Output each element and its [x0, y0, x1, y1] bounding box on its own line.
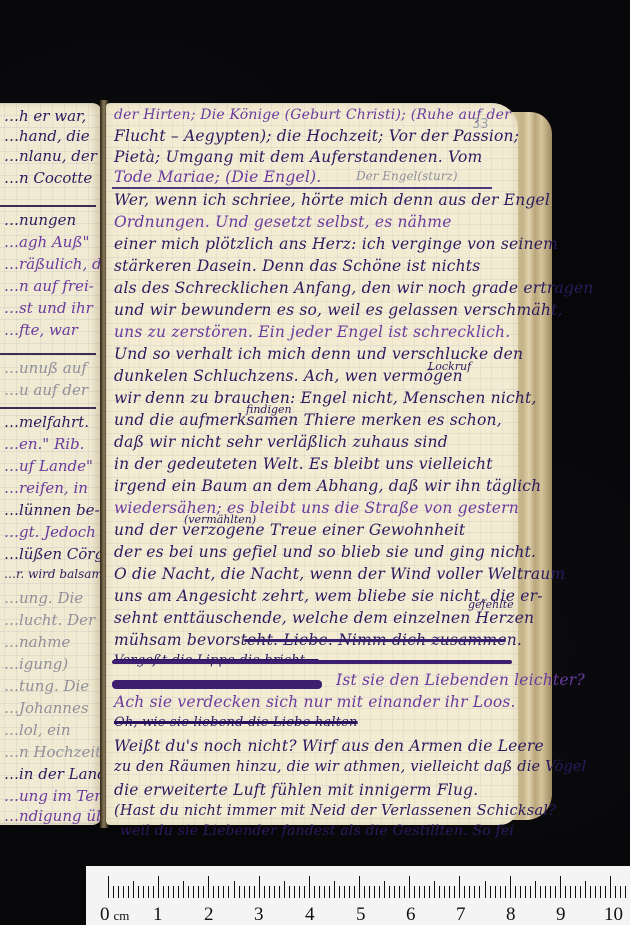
ruler-tick [254, 886, 255, 898]
body-line: (Hast du nicht immer mit Neid der Verlas… [114, 803, 556, 819]
ruler-tick [178, 886, 179, 898]
header-line: Flucht – Aegypten); die Hochzeit; Vor de… [114, 127, 519, 145]
ruler-tick [244, 886, 245, 898]
ruler-tick [228, 886, 229, 898]
ruler-tick [525, 886, 526, 898]
scale-ruler: 0cm 1 2 3 4 5 6 7 8 9 10 [86, 866, 630, 925]
ruler-tick [123, 886, 124, 898]
body-line: O die Nacht, die Nacht, wenn der Wind vo… [114, 565, 565, 583]
body-line: sehnt enttäuschende, welche dem einzelne… [114, 609, 534, 627]
ruler-tick [510, 876, 511, 898]
body-line: wir denn zu brauchen: Engel nicht, Mensc… [114, 389, 537, 407]
body-line: uns zu zerstören. Ein jeder Engel ist sc… [114, 323, 510, 341]
ruler-label: 9 [556, 904, 566, 925]
ruler-tick [239, 886, 240, 898]
ruler-tick [143, 886, 144, 898]
ruler-tick [349, 886, 350, 898]
left-line: …Johannes [4, 699, 89, 717]
ruler-tick [439, 886, 440, 898]
ruler-tick [309, 876, 310, 898]
ruler-tick [615, 886, 616, 898]
ruler-tick [153, 886, 154, 898]
ruler-tick [515, 886, 516, 898]
left-line: …räßulich, die [4, 255, 115, 273]
ruler-tick [113, 886, 114, 898]
ruler-label: 8 [506, 904, 516, 925]
header-underline [112, 187, 492, 189]
ruler-tick [118, 886, 119, 898]
body-line: dunkelen Schluchzens. Ach, wen vermögen [114, 367, 463, 385]
ruler-tick [193, 886, 194, 898]
body-line: Ach sie verdecken sich nur mit einander … [114, 693, 516, 711]
ruler-label: 2 [204, 904, 214, 925]
ruler-tick [264, 886, 265, 898]
left-line: …st und ihr [4, 299, 93, 317]
body-line: weil du sie Liebender fandest als die Ge… [120, 823, 514, 839]
ruler-tick [324, 886, 325, 898]
ruler-tick [329, 886, 330, 898]
ruler-tick [414, 886, 415, 898]
header-line: der Hirten; Die Könige (Geburt Christi);… [114, 107, 511, 123]
body-line: wiedersähen; es bleibt uns die Straße vo… [114, 499, 519, 517]
left-line: …uf Lande" [4, 457, 93, 475]
ruler-tick [364, 886, 365, 898]
ruler-tick [464, 886, 465, 898]
ruler-tick [459, 876, 460, 898]
ruler-tick [495, 886, 496, 898]
struck-line: Oh, wie sie liebend die Liebe halten [114, 715, 358, 730]
ruler-tick [404, 886, 405, 898]
left-line: …lol, ein [4, 721, 71, 739]
ruler-tick [359, 876, 360, 898]
ruler-tick [304, 886, 305, 898]
ruler-tick [148, 886, 149, 898]
body-line: irgend ein Baum an dem Abhang, daß wir i… [114, 477, 541, 495]
ruler-tick [535, 881, 536, 898]
ruler-label: 6 [406, 904, 416, 925]
ruler-tick [289, 886, 290, 898]
ruler-tick [424, 886, 425, 898]
left-line: …nahme [4, 633, 70, 651]
ruler-tick [128, 886, 129, 898]
ruler-tick [354, 886, 355, 898]
body-line: in der gedeuteten Welt. Es bleibt uns vi… [114, 455, 493, 473]
ruler-tick [218, 886, 219, 898]
ruler-tick [469, 886, 470, 898]
ruler-tick [389, 886, 390, 898]
body-line: stärkeren Dasein. Denn das Schöne ist ni… [114, 257, 480, 275]
heavy-cancel-bar [112, 680, 322, 689]
ruler-tick [274, 886, 275, 898]
left-line: …lünnen be- [4, 501, 100, 519]
ruler-tick [419, 886, 420, 898]
ruler-tick [434, 881, 435, 898]
ruler-tick [319, 886, 320, 898]
ruler-tick [530, 886, 531, 898]
ruler-tick [560, 876, 561, 898]
strikethrough-mark [244, 639, 506, 642]
ruler-tick [545, 886, 546, 898]
ruler-tick [570, 886, 571, 898]
body-line: Ist sie den Liebenden leichter? [336, 671, 585, 689]
left-line: …en." Rib. [4, 435, 84, 453]
ruler-tick [208, 876, 209, 898]
ruler-tick [158, 876, 159, 898]
ruler-tick [610, 876, 611, 898]
ruler-tick [550, 886, 551, 898]
left-line: …u auf der [4, 381, 88, 399]
ruler-tick [505, 886, 506, 898]
header-line: Tode Mariae; (Die Engel). [114, 168, 321, 186]
body-line: Weißt du's noch nicht? Wirf aus den Arme… [114, 737, 544, 755]
divider-line [0, 205, 96, 207]
ruler-tick [198, 886, 199, 898]
left-line: …hand, die [4, 127, 90, 145]
ruler-tick [555, 886, 556, 898]
ruler-tick [334, 881, 335, 898]
ruler-tick [269, 886, 270, 898]
body-line: Ordnungen. Und gesetzt selbst, es nähme [114, 213, 452, 231]
divider-line [0, 353, 96, 355]
ruler-tick [108, 876, 109, 898]
left-line: …h er war, [4, 107, 86, 125]
ruler-label: 10 [604, 904, 623, 925]
strikethrough-mark [112, 660, 512, 664]
left-line: …n Cocotte [4, 169, 92, 187]
ruler-tick [394, 886, 395, 898]
ruler-tick [595, 886, 596, 898]
body-line: und der verzogene Treue einer Gewohnheit [114, 521, 465, 539]
body-line: die erweiterte Luft fühlen mit innigerm … [114, 781, 478, 799]
ruler-tick [409, 876, 410, 898]
ruler-tick [485, 881, 486, 898]
ruler-tick [138, 886, 139, 898]
ruler-tick [223, 886, 224, 898]
ruler-tick [444, 886, 445, 898]
body-line: einer mich plötzlich ans Herz: ich vergi… [114, 235, 558, 253]
ruler-tick [490, 886, 491, 898]
ruler-tick [454, 886, 455, 898]
ruler-tick [520, 886, 521, 898]
left-line: …nlanu, der [4, 147, 97, 165]
ruler-tick [133, 881, 134, 898]
header-line: Pietà; Umgang mit dem Auferstandenen. Vo… [114, 148, 482, 166]
ruler-tick [429, 886, 430, 898]
ruler-tick [188, 886, 189, 898]
ruler-tick [625, 886, 626, 898]
ruler-tick [369, 886, 370, 898]
left-line: …reifen, in [4, 479, 88, 497]
left-line: …nungen [4, 211, 76, 229]
body-line: und wir bewundern es so, weil es gelasse… [114, 301, 563, 319]
ruler-tick [565, 886, 566, 898]
left-page: …h er war, …hand, die …nlanu, der …n Coc… [0, 103, 102, 825]
ruler-tick [620, 886, 621, 898]
ruler-tick [600, 886, 601, 898]
left-line: …agh Auß" [4, 233, 89, 251]
ruler-tick [279, 886, 280, 898]
body-line: als des Schrecklichen Anfang, den wir no… [114, 279, 594, 297]
ruler-tick [213, 886, 214, 898]
left-line: …lucht. Der [4, 611, 95, 629]
ruler-label: 1 [153, 904, 163, 925]
page-number: 33 [472, 117, 489, 132]
ruler-tick [590, 886, 591, 898]
ruler-tick [249, 886, 250, 898]
body-line: daß wir nicht sehr verläßlich zuhaus sin… [114, 433, 448, 451]
ruler-tick [585, 881, 586, 898]
body-line: und die aufmerksamen Thiere merken es sc… [114, 411, 502, 429]
left-line: …unuß auf [4, 359, 87, 377]
ruler-label: 5 [356, 904, 366, 925]
left-line: …melfahrt. [4, 413, 89, 431]
body-line: zu den Räumen hinzu, die wir athmen, vie… [114, 759, 587, 775]
ruler-tick [173, 886, 174, 898]
ruler-tick [605, 886, 606, 898]
ruler-tick [284, 881, 285, 898]
left-line: …igung) [4, 655, 68, 673]
divider-line [0, 407, 96, 409]
ruler-label: 3 [254, 904, 264, 925]
ruler-tick [234, 881, 235, 898]
ruler-tick [540, 886, 541, 898]
left-line: …tung. Die [4, 677, 89, 695]
body-line: Wer, wenn ich schriee, hörte mich denn a… [114, 191, 550, 209]
ruler-tick [259, 876, 260, 898]
ruler-tick [294, 886, 295, 898]
ruler-label: 4 [305, 904, 315, 925]
ruler-tick [314, 886, 315, 898]
body-line: der es bei uns gefiel und so blieb sie u… [114, 543, 536, 561]
ruler-tick [474, 886, 475, 898]
ruler-tick [399, 886, 400, 898]
ruler-tick [339, 886, 340, 898]
ruler-tick [203, 886, 204, 898]
ruler-tick [575, 886, 576, 898]
ruler-tick [344, 886, 345, 898]
ruler-label: 7 [456, 904, 466, 925]
ruler-tick [580, 886, 581, 898]
left-line: …gt. Jedoch [4, 523, 96, 541]
ruler-tick [379, 886, 380, 898]
ruler-tick [168, 886, 169, 898]
left-line: …fte, war [4, 321, 78, 339]
ruler-tick [299, 886, 300, 898]
ruler-label-0: 0cm [100, 904, 129, 925]
ruler-tick [500, 886, 501, 898]
header-annotation: Der Engel(sturz) [356, 169, 458, 183]
ruler-tick [479, 886, 480, 898]
left-line: …n auf frei- [4, 277, 94, 295]
left-line: …ung. Die [4, 589, 83, 607]
ruler-tick [374, 886, 375, 898]
ruler-tick [183, 881, 184, 898]
ruler-tick [163, 886, 164, 898]
right-page: der Hirten; Die Könige (Geburt Christi);… [106, 103, 518, 825]
ruler-tick [384, 881, 385, 898]
ruler-tick [449, 886, 450, 898]
